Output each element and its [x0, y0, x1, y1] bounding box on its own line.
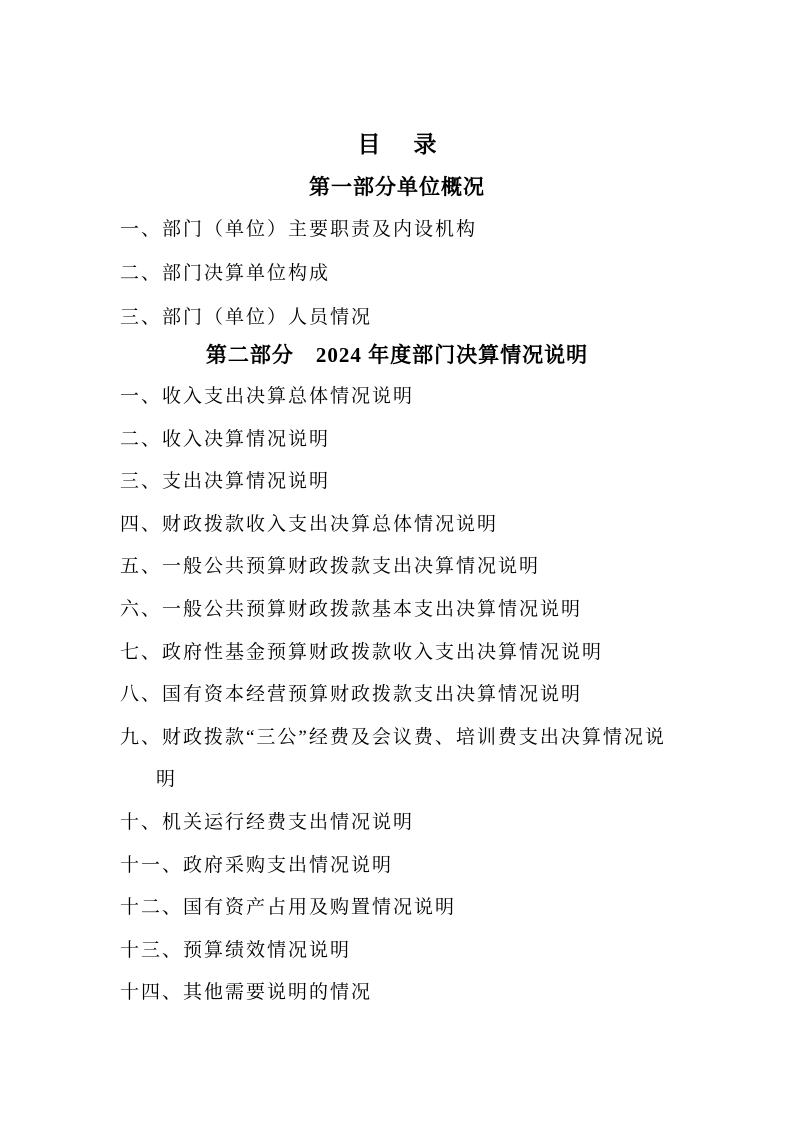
toc-item: 一、收入支出决算总体情况说明	[120, 376, 674, 419]
toc-title: 目 录	[120, 130, 674, 160]
section-2-item-list: 一、收入支出决算总体情况说明 二、收入决算情况说明 三、支出决算情况说明 四、财…	[120, 376, 674, 1015]
toc-item: 四、财政拨款收入支出决算总体情况说明	[120, 504, 674, 547]
toc-item: 十二、国有资产占用及购置情况说明	[120, 887, 674, 930]
toc-item: 十三、预算绩效情况说明	[120, 930, 674, 973]
toc-item: 九、财政拨款“三公”经费及会议费、培训费支出决算情况说明	[120, 717, 674, 802]
toc-item: 八、国有资本经营预算财政拨款支出决算情况说明	[120, 674, 674, 717]
section-1-heading: 第一部分单位概况	[120, 172, 674, 202]
toc-item: 三、部门（单位）人员情况	[120, 296, 674, 340]
section-2-heading: 第二部分 2024 年度部门决算情况说明	[120, 340, 674, 370]
toc-item: 一、部门（单位）主要职责及内设机构	[120, 208, 674, 252]
toc-item: 三、支出决算情况说明	[120, 461, 674, 504]
toc-item: 二、收入决算情况说明	[120, 419, 674, 462]
toc-item: 六、一般公共预算财政拨款基本支出决算情况说明	[120, 589, 674, 632]
section-1-item-list: 一、部门（单位）主要职责及内设机构 二、部门决算单位构成 三、部门（单位）人员情…	[120, 208, 674, 340]
toc-item: 二、部门决算单位构成	[120, 252, 674, 296]
toc-item: 十一、政府采购支出情况说明	[120, 845, 674, 888]
toc-item: 七、政府性基金预算财政拨款收入支出决算情况说明	[120, 632, 674, 675]
toc-item: 十四、其他需要说明的情况	[120, 972, 674, 1015]
toc-item: 十、机关运行经费支出情况说明	[120, 802, 674, 845]
toc-item: 五、一般公共预算财政拨款支出决算情况说明	[120, 546, 674, 589]
document-page: 目 录 第一部分单位概况 一、部门（单位）主要职责及内设机构 二、部门决算单位构…	[0, 0, 792, 1121]
